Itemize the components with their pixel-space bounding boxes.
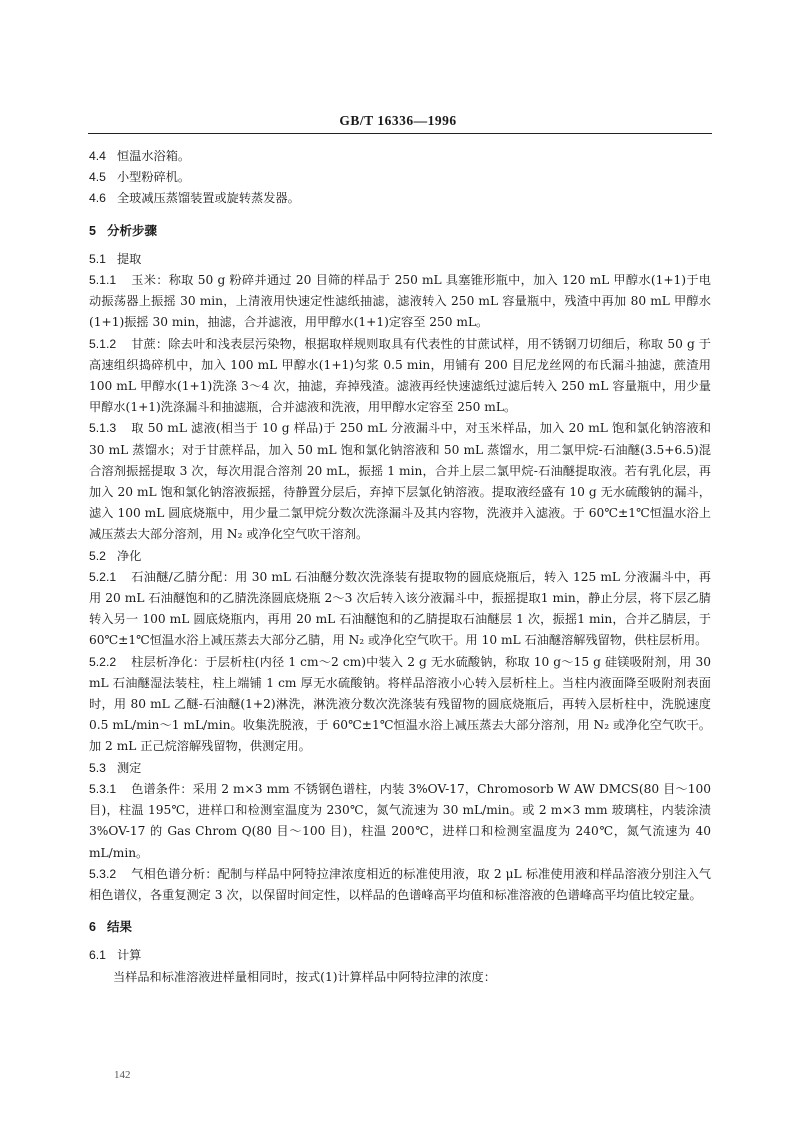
clause-number: 5.2.2 (89, 652, 131, 673)
paragraph-5-2-2: 5.2.2柱层析净化：于层析柱(内径 1 cm～2 cm)中装入 2 g 无水硫… (89, 652, 711, 758)
paragraph-5-1-2: 5.1.2甘蔗：除去叶和浅表层污染物，根据取样规则取具有代表性的甘蔗试样，用不锈… (89, 334, 711, 419)
clause-number: 5.1.3 (89, 418, 131, 439)
paragraph-5-2-1: 5.2.1石油醚/乙腈分配：用 30 mL 石油醚分数次洗涤装有提取物的圆底烧瓶… (89, 567, 711, 652)
clause-number: 5.1 (89, 249, 117, 270)
section-5-heading: 5分析步骤 (89, 220, 711, 242)
paragraph-6-1: 当样品和标准溶液进样量相同时，按式(1)计算样品中阿特拉津的浓度： (89, 967, 711, 988)
clause-title: 净化 (117, 549, 141, 563)
clause-text: 取 50 mL 滤液(相当于 10 g 样品)于 250 mL 分液漏斗中，对玉… (89, 421, 711, 541)
clause-number: 5.3 (89, 758, 117, 779)
clause-number: 4.5 (89, 167, 117, 188)
clause-text: 全玻减压蒸馏装置或旋转蒸发器。 (117, 191, 300, 205)
section-number: 6 (89, 917, 107, 938)
clause-text: 色谱条件：采用 2 m×3 mm 不锈钢色谱柱，内装 3%OV-17，Chrom… (89, 782, 711, 860)
clause-number: 6.1 (89, 945, 117, 966)
item-4-5: 4.5小型粉碎机。 (89, 167, 711, 188)
section-number: 5 (89, 221, 107, 242)
clause-text: 甘蔗：除去叶和浅表层污染物，根据取样规则取具有代表性的甘蔗试样，用不锈钢刀切细后… (89, 337, 711, 415)
clause-title: 测定 (117, 761, 141, 775)
item-4-6: 4.6全玻减压蒸馏装置或旋转蒸发器。 (89, 188, 711, 209)
document-body: 4.4恒温水浴箱。 4.5小型粉碎机。 4.6全玻减压蒸馏装置或旋转蒸发器。 5… (89, 146, 711, 988)
standard-number-header: GB/T 16336—1996 (0, 113, 796, 129)
clause-title: 计算 (117, 948, 141, 962)
clause-number: 4.4 (89, 146, 117, 167)
item-4-4: 4.4恒温水浴箱。 (89, 146, 711, 167)
section-6-heading: 6结果 (89, 916, 711, 938)
clause-text: 玉米：称取 50 g 粉碎并通过 20 目筛的样品于 250 mL 具塞锥形瓶中… (89, 273, 711, 329)
subsection-5-1-heading: 5.1提取 (89, 249, 711, 270)
clause-text: 小型粉碎机。 (117, 170, 190, 184)
clause-number: 5.1.1 (89, 270, 131, 291)
paragraph-5-1-1: 5.1.1玉米：称取 50 g 粉碎并通过 20 目筛的样品于 250 mL 具… (89, 270, 711, 334)
clause-number: 5.3.2 (89, 864, 131, 885)
clause-text: 恒温水浴箱。 (117, 149, 190, 163)
page-number: 142 (114, 1069, 131, 1081)
clause-number: 5.2.1 (89, 567, 131, 588)
paragraph-5-3-1: 5.3.1色谱条件：采用 2 m×3 mm 不锈钢色谱柱，内装 3%OV-17，… (89, 779, 711, 864)
clause-text: 柱层析净化：于层析柱(内径 1 cm～2 cm)中装入 2 g 无水硫酸钠，称取… (89, 655, 711, 754)
subsection-5-3-heading: 5.3测定 (89, 758, 711, 779)
clause-title: 提取 (117, 252, 141, 266)
clause-number: 4.6 (89, 188, 117, 209)
clause-text: 气相色谱分析：配制与样品中阿特拉津浓度相近的标准使用液，取 2 μL 标准使用液… (89, 867, 711, 902)
clause-text: 石油醚/乙腈分配：用 30 mL 石油醚分数次洗涤装有提取物的圆底烧瓶后，转入 … (89, 570, 711, 648)
clause-number: 5.2 (89, 546, 117, 567)
section-title: 结果 (107, 919, 132, 934)
header-divider (88, 133, 712, 134)
clause-number: 5.3.1 (89, 779, 131, 800)
subsection-5-2-heading: 5.2净化 (89, 546, 711, 567)
paragraph-5-1-3: 5.1.3取 50 mL 滤液(相当于 10 g 样品)于 250 mL 分液漏… (89, 418, 711, 545)
subsection-6-1-heading: 6.1计算 (89, 945, 711, 966)
paragraph-5-3-2: 5.3.2气相色谱分析：配制与样品中阿特拉津浓度相近的标准使用液，取 2 μL … (89, 864, 711, 906)
clause-number: 5.1.2 (89, 334, 131, 355)
section-title: 分析步骤 (107, 223, 157, 238)
